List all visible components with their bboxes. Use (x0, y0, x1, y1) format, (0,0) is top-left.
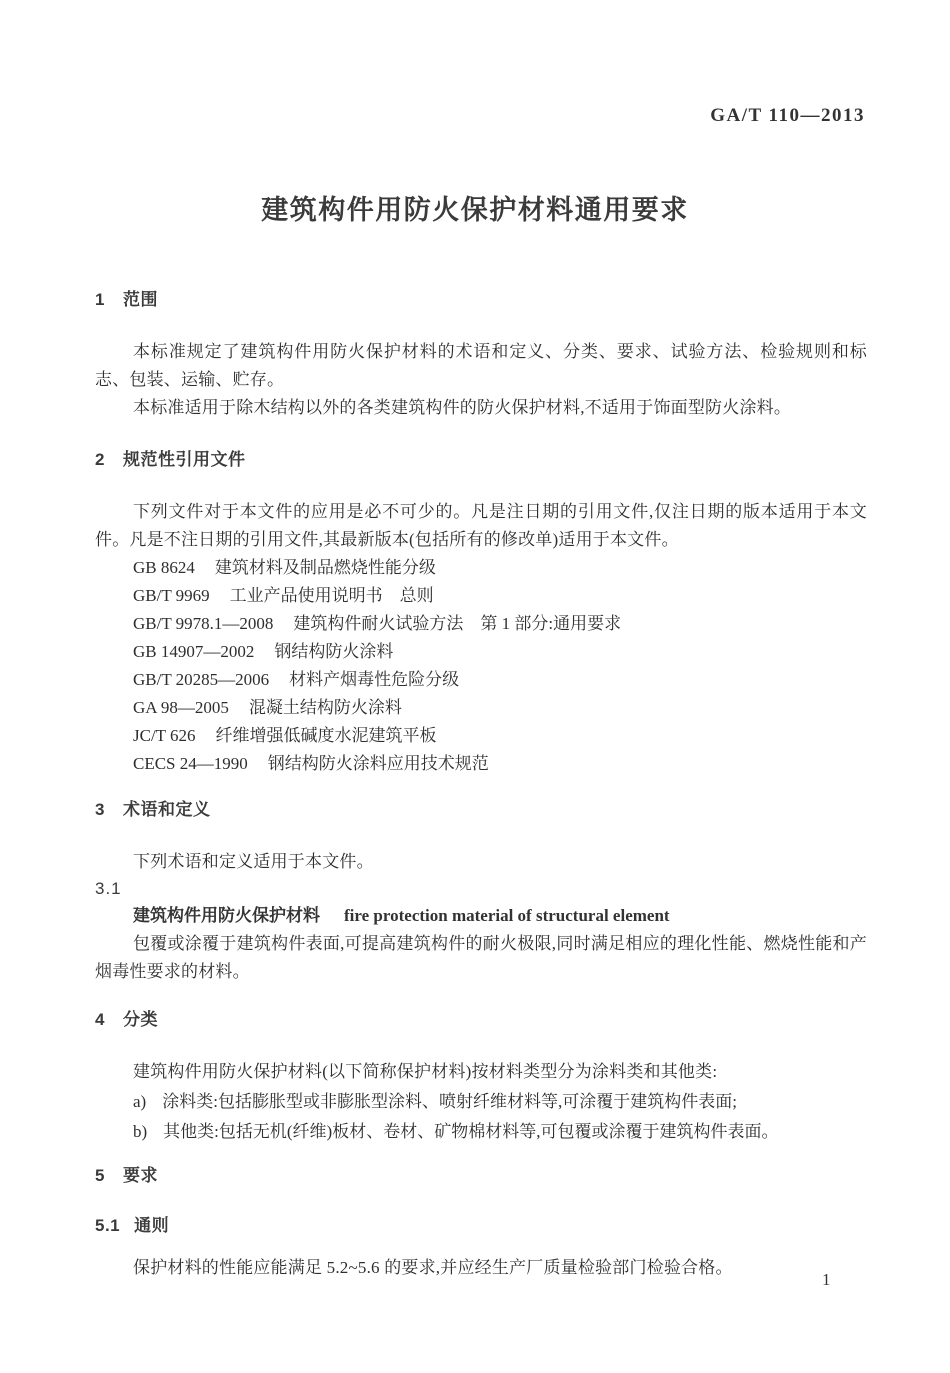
term-definition-text: 包覆或涂覆于建筑构件表面,可提高建筑构件的耐火极限,同时满足相应的理化性能、燃烧… (95, 930, 867, 986)
section-number: 3 (95, 798, 105, 822)
reference-item: GB 14907—2002钢结构防火涂料 (95, 638, 867, 666)
classification-item-b: b)其他类:包括无机(纤维)板材、卷材、矿物棉材料等,可包覆或涂覆于建筑构件表面… (95, 1118, 867, 1146)
reference-item: GB 8624建筑材料及制品燃烧性能分级 (95, 554, 867, 582)
subsection-label: 通则 (134, 1216, 169, 1235)
section-label: 规范性引用文件 (123, 450, 246, 469)
reference-code: GB/T 9978.1—2008 (133, 610, 273, 638)
reference-item: GB/T 9969工业产品使用说明书 总则 (95, 582, 867, 610)
reference-title: 钢结构防火涂料应用技术规范 (268, 754, 489, 773)
section-label: 要求 (123, 1166, 158, 1185)
reference-code: GB/T 9969 (133, 582, 210, 610)
reference-title: 纤维增强低碱度水泥建筑平板 (216, 726, 437, 745)
list-item-label: b) (133, 1118, 147, 1146)
general-rule-paragraph: 保护材料的性能应能满足 5.2~5.6 的要求,并应经生产厂质量检验部门检验合格… (95, 1254, 867, 1282)
list-item-text: 涂料类:包括膨胀型或非膨胀型涂料、喷射纤维材料等,可涂覆于建筑构件表面; (162, 1092, 737, 1111)
reference-code: GA 98—2005 (133, 694, 229, 722)
reference-code: GB 14907—2002 (133, 638, 254, 666)
reference-title: 钢结构防火涂料 (274, 642, 393, 661)
reference-title: 混凝土结构防火涂料 (249, 698, 402, 717)
reference-title: 工业产品使用说明书 总则 (230, 586, 434, 605)
section-heading-scope: 1范围 (95, 288, 867, 312)
subsection-number: 5.1 (95, 1214, 120, 1238)
scope-paragraph-1: 本标准规定了建筑构件用防火保护材料的术语和定义、分类、要求、试验方法、检验规则和… (95, 338, 867, 394)
document-body: 1范围 本标准规定了建筑构件用防火保护材料的术语和定义、分类、要求、试验方法、检… (95, 280, 867, 1282)
document-page: GA/T 110—2013 建筑构件用防火保护材料通用要求 1范围 本标准规定了… (0, 0, 950, 1373)
section-number: 2 (95, 448, 105, 472)
reference-item: CECS 24—1990钢结构防火涂料应用技术规范 (95, 750, 867, 778)
section-label: 术语和定义 (123, 800, 211, 819)
term-definition-title: 建筑构件用防火保护材料fire protection material of s… (95, 902, 867, 930)
references-list: GB 8624建筑材料及制品燃烧性能分级 GB/T 9969工业产品使用说明书 … (95, 554, 867, 778)
section-number: 4 (95, 1008, 105, 1032)
term-chinese: 建筑构件用防火保护材料 (133, 902, 320, 930)
reference-title: 建筑材料及制品燃烧性能分级 (215, 558, 436, 577)
reference-code: JC/T 626 (133, 722, 196, 750)
list-item-label: a) (133, 1088, 146, 1116)
references-intro: 下列文件对于本文件的应用是必不可少的。凡是注日期的引用文件,仅注日期的版本适用于… (95, 498, 867, 554)
scope-paragraph-2: 本标准适用于除木结构以外的各类建筑构件的防火保护材料,不适用于饰面型防火涂料。 (95, 394, 867, 422)
reference-title: 材料产烟毒性危险分级 (289, 670, 459, 689)
section-heading-references: 2规范性引用文件 (95, 448, 867, 472)
reference-item: GB/T 20285—2006材料产烟毒性危险分级 (95, 666, 867, 694)
reference-code: GB/T 20285—2006 (133, 666, 269, 694)
page-number: 1 (822, 1270, 831, 1290)
reference-item: JC/T 626纤维增强低碱度水泥建筑平板 (95, 722, 867, 750)
section-heading-terms: 3术语和定义 (95, 798, 867, 822)
term-number: 3.1 (95, 876, 867, 902)
terms-intro: 下列术语和定义适用于本文件。 (95, 848, 867, 876)
section-heading-classification: 4分类 (95, 1008, 867, 1032)
term-english: fire protection material of structural e… (344, 906, 670, 925)
section-label: 范围 (123, 290, 158, 309)
reference-code: CECS 24—1990 (133, 750, 248, 778)
list-item-text: 其他类:包括无机(纤维)板材、卷材、矿物棉材料等,可包覆或涂覆于建筑构件表面。 (163, 1122, 778, 1141)
classification-intro: 建筑构件用防火保护材料(以下简称保护材料)按材料类型分为涂料类和其他类: (95, 1058, 867, 1086)
doc-title: 建筑构件用防火保护材料通用要求 (0, 188, 950, 227)
classification-item-a: a)涂料类:包括膨胀型或非膨胀型涂料、喷射纤维材料等,可涂覆于建筑构件表面; (95, 1088, 867, 1116)
reference-title: 建筑构件耐火试验方法 第 1 部分:通用要求 (293, 614, 621, 633)
reference-item: GA 98—2005混凝土结构防火涂料 (95, 694, 867, 722)
section-label: 分类 (123, 1010, 158, 1029)
section-number: 1 (95, 288, 105, 312)
reference-item: GB/T 9978.1—2008建筑构件耐火试验方法 第 1 部分:通用要求 (95, 610, 867, 638)
section-number: 5 (95, 1164, 105, 1188)
section-heading-requirements: 5要求 (95, 1164, 867, 1188)
subsection-heading-general: 5.1通则 (95, 1214, 867, 1238)
doc-number: GA/T 110—2013 (710, 105, 865, 127)
reference-code: GB 8624 (133, 554, 195, 582)
